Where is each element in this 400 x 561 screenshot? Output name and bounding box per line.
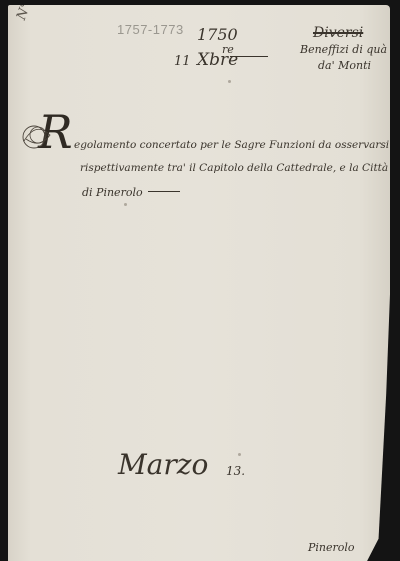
paper-spot [238, 453, 241, 456]
title-line-1: egolamento concertato per le Sagre Funzi… [74, 139, 389, 151]
manuscript-page: N° 3 1757-1773 1750 11 re Xbre Diversi B… [8, 5, 390, 561]
heading-line-2: da' Monti [318, 59, 371, 72]
bottom-date-month: Marzo [118, 448, 208, 481]
place-name: Pinerolo [308, 541, 355, 554]
folio-number: N° 3 [14, 0, 38, 22]
title-line-3: di Pinerolo [82, 186, 143, 199]
pencil-date-range: 1757-1773 [117, 22, 184, 37]
paper-spot [124, 203, 127, 206]
date-underline [230, 56, 268, 57]
date-month: Xbre [197, 50, 238, 70]
paper-spot [228, 80, 231, 83]
flourish-icon [16, 117, 56, 157]
bottom-date-day: 13. [226, 464, 245, 478]
date-year: 1750 [197, 25, 238, 44]
struck-heading-word: Diversi [313, 25, 363, 41]
title-line-3-underline [148, 191, 180, 192]
heading-line-1: Beneffizi di quà [300, 43, 387, 56]
date-day: 11 [174, 54, 191, 69]
title-line-2: rispettivamente tra' il Capitolo della C… [80, 162, 388, 174]
